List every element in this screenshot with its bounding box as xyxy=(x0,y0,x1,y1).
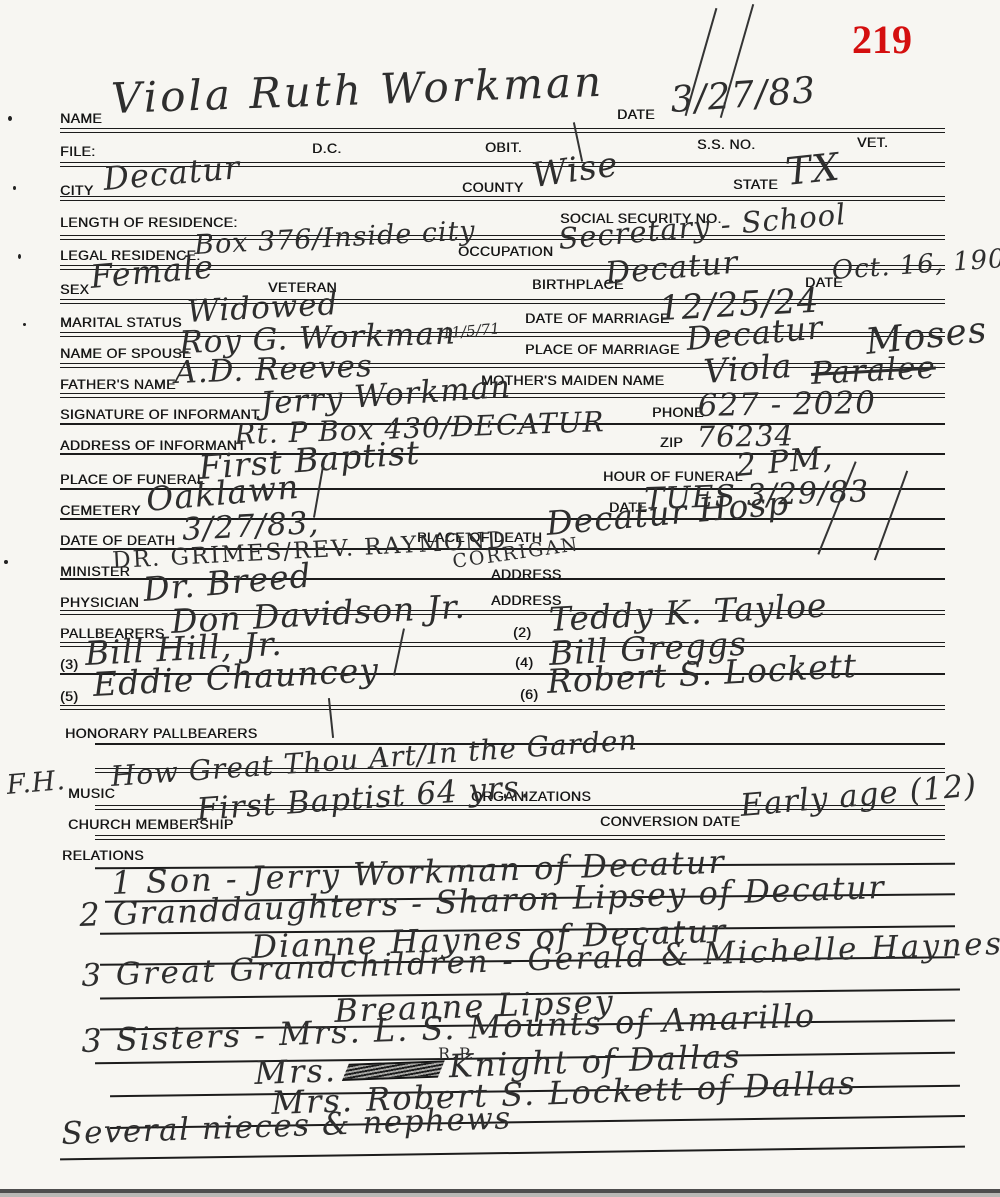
rule-name-row xyxy=(60,128,945,133)
fh-margin-note: F.H. xyxy=(5,765,67,801)
honorary-pallbearers-label: HONORARY PALLBEARERS xyxy=(65,725,257,741)
spouse-death-date-annotation: 11/5/71 xyxy=(441,320,500,343)
rule-church-row xyxy=(95,835,945,840)
name-of-spouse-label: NAME OF SPOUSE xyxy=(60,345,192,361)
birth-date-value: Oct. 16, 1906 xyxy=(831,243,1000,286)
phone-label: PHONE xyxy=(652,404,704,420)
page-number: 219 xyxy=(852,16,912,63)
vet-label: VET. xyxy=(857,134,888,150)
marital-status-label: MARITAL STATUS xyxy=(60,314,182,330)
sex-label: SEX xyxy=(60,281,89,297)
dc-label: D.C. xyxy=(312,140,342,156)
pen-stroke xyxy=(393,628,405,675)
date-of-marriage-label: DATE OF MARRIAGE xyxy=(525,310,670,326)
pen-stroke xyxy=(328,698,334,738)
scan-speck xyxy=(4,560,8,564)
scan-speck xyxy=(8,116,12,121)
city-label: CITY xyxy=(60,182,94,198)
scan-speck xyxy=(13,186,16,190)
relation-line-9: Several nieces & nephews xyxy=(61,1100,513,1152)
county-value: Wise xyxy=(529,144,621,196)
minister-address-label: ADDRESS xyxy=(491,566,561,582)
zip-label: ZIP xyxy=(660,434,683,450)
mothers-maiden-name-value: Viola xyxy=(702,346,793,391)
pallbearer2-label: (2) xyxy=(513,624,531,640)
ssno-label: S.S. NO. xyxy=(697,136,755,152)
county-label: COUNTY xyxy=(462,179,524,195)
pen-stroke xyxy=(874,471,908,561)
scan-speck xyxy=(18,254,21,259)
pallbearer4-label: (4) xyxy=(515,654,533,670)
pallbearer3-label: (3) xyxy=(60,656,78,672)
occupation-label: OCCUPATION xyxy=(458,243,553,259)
music-label: MUSIC xyxy=(68,785,115,801)
funeral-record-page: 219 NAME Viola Ruth Workman DATE 3/27/83… xyxy=(0,0,1000,1197)
city-value: Decatur xyxy=(102,148,242,198)
place-of-marriage-label: PLACE OF MARRIAGE xyxy=(525,341,680,357)
name-label: NAME xyxy=(60,110,102,126)
rule-relations-9 xyxy=(60,1146,965,1161)
scan-edge-light xyxy=(0,1193,1000,1197)
relations-label: RELATIONS xyxy=(62,847,144,863)
fathers-name-label: FATHER'S NAME xyxy=(60,376,176,392)
length-of-residence-label: LENGTH OF RESIDENCE: xyxy=(60,214,238,230)
conversion-date-value: Early age (12) xyxy=(739,767,979,824)
state-value: TX xyxy=(783,145,842,194)
cemetery-label: CEMETERY xyxy=(60,502,141,518)
file-label: FILE: xyxy=(60,143,95,159)
obit-label: OBIT. xyxy=(485,139,522,155)
physician-label: PHYSICIAN xyxy=(60,594,139,610)
state-label: STATE xyxy=(733,176,778,192)
rule-pallbearer5-row xyxy=(60,705,945,710)
scan-speck xyxy=(23,323,26,326)
signature-of-informant-label: SIGNATURE OF INFORMANT xyxy=(60,406,260,422)
date-top-label: DATE xyxy=(617,106,655,122)
pallbearer6-label: (6) xyxy=(520,686,538,702)
conversion-date-label: CONVERSION DATE xyxy=(600,813,740,829)
name-value: Viola Ruth Workman xyxy=(110,57,605,123)
relation-line-7-annotation: R.P. xyxy=(438,1044,476,1063)
pallbearer5-label: (5) xyxy=(60,688,78,704)
